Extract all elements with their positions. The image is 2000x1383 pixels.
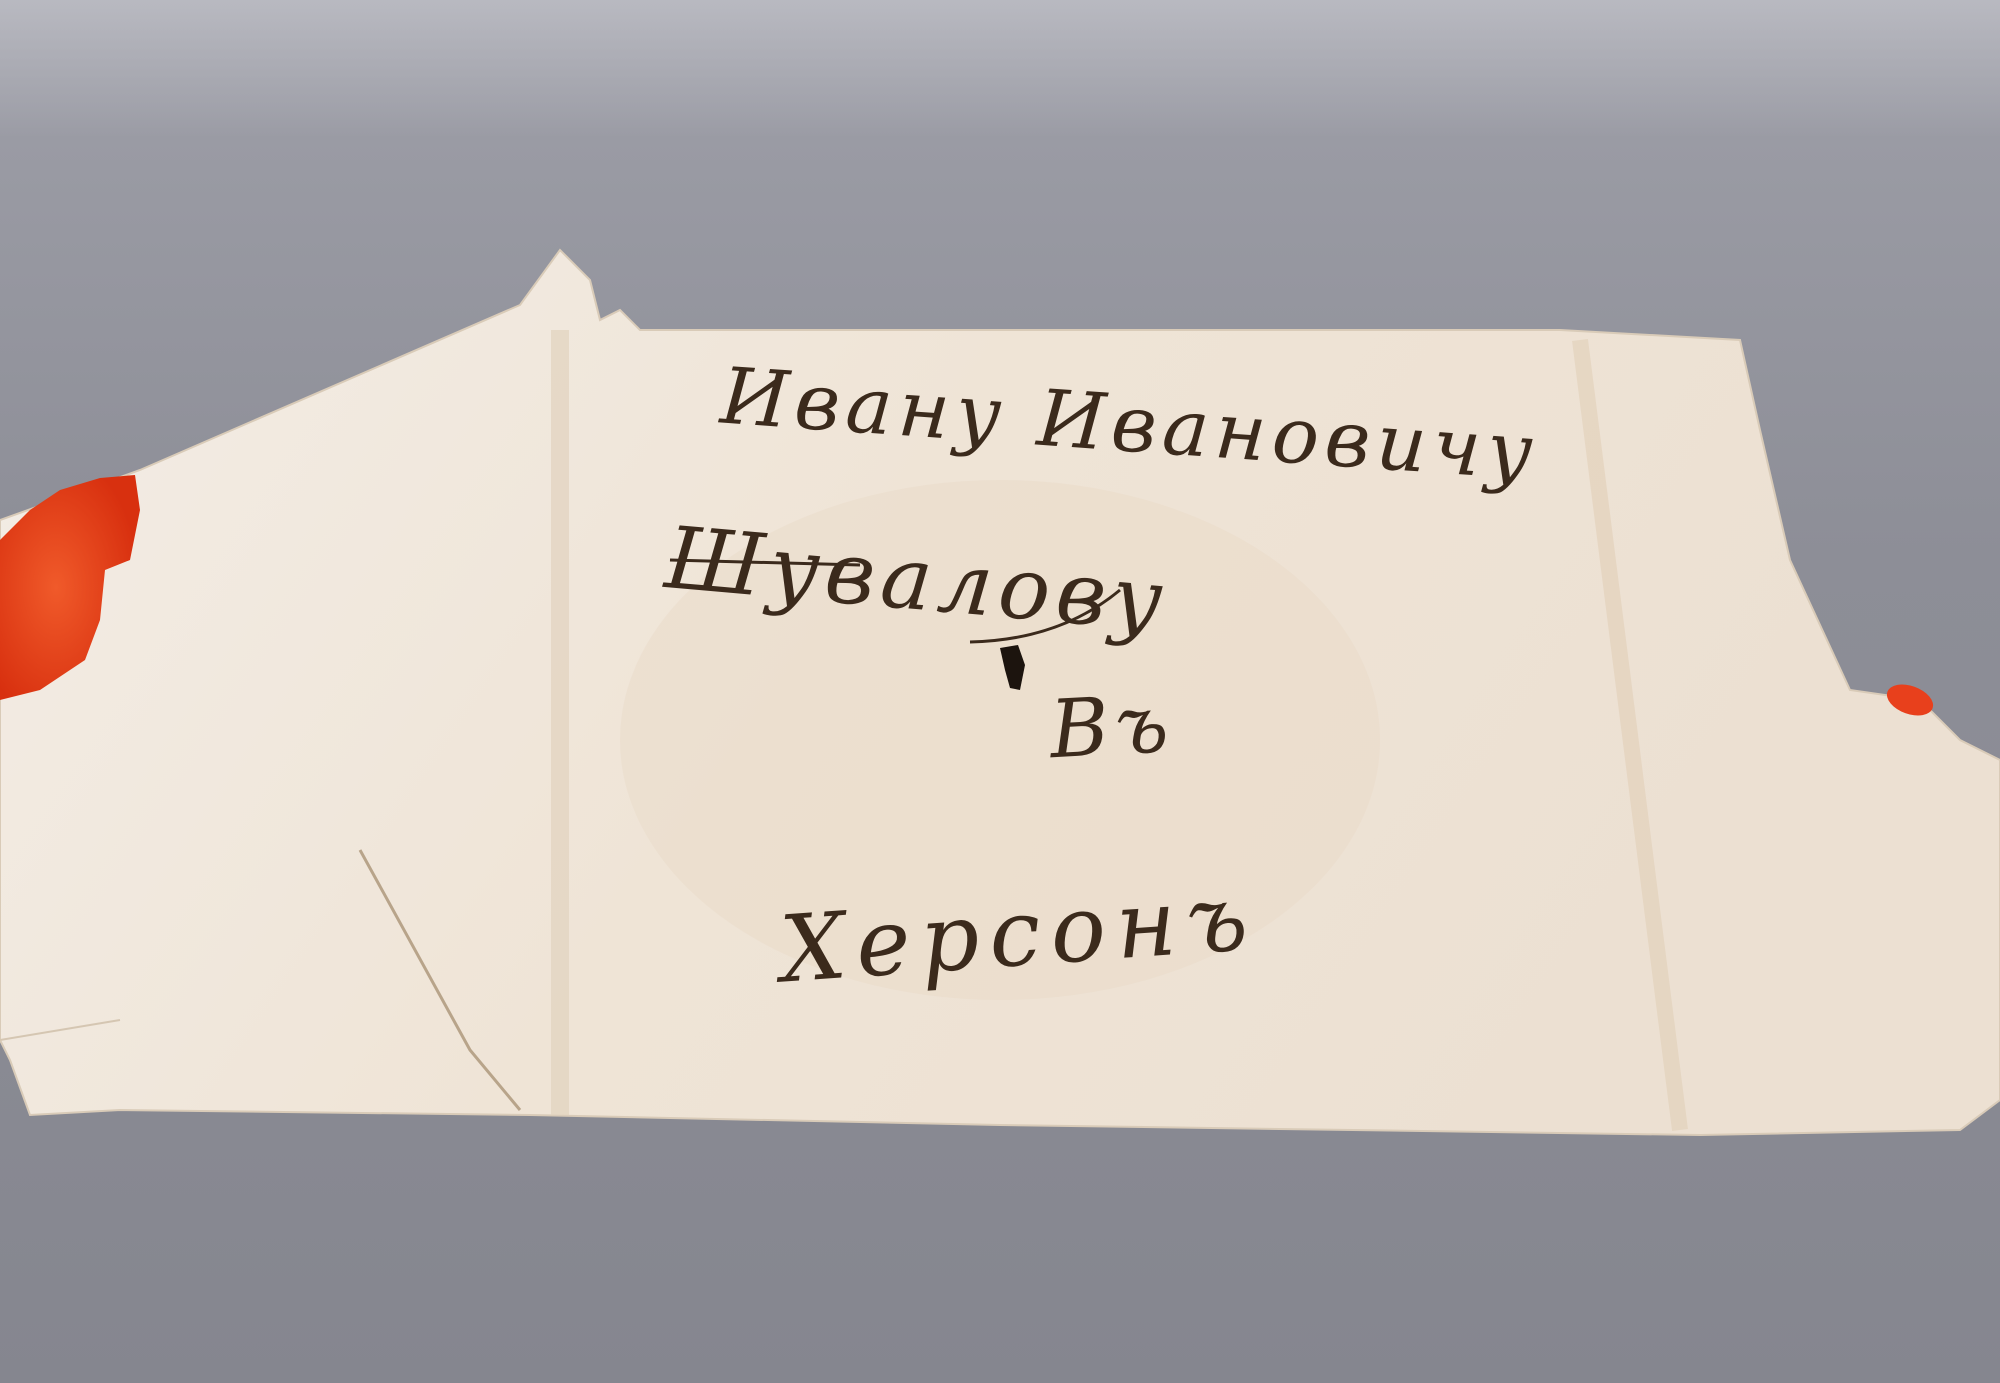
address-line-3: Въ — [1048, 677, 1177, 776]
envelope — [0, 0, 2000, 1383]
photo-scene: Ивану Ивановичу Шувалову Въ Херсонъ — [0, 0, 2000, 1383]
